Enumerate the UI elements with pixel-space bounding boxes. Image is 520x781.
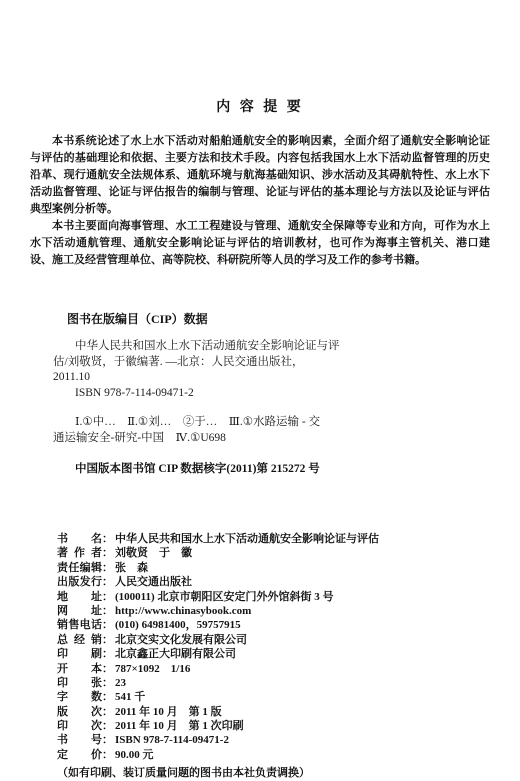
- field-label: 书名: [57, 532, 102, 546]
- field-colon: ：: [102, 676, 113, 690]
- cip-record-line-3: 2011.10: [53, 370, 490, 386]
- field-colon: ：: [102, 546, 113, 560]
- cip-classification: Ⅰ.①中… Ⅱ.①刘… ②于… Ⅲ.①水路运输 - 交 通运输安全-研究-中国 …: [53, 415, 490, 446]
- field-label: 开本: [57, 662, 102, 676]
- colophon-row-impression: 印次：2011 年 10 月 第 1 次印刷: [57, 719, 490, 733]
- cip-section: 图书在版编目（CIP）数据 中华人民共和国水上水下活动通航安全影响论证与评 估/…: [30, 310, 490, 476]
- website-url: http://www.chinasybook.com: [113, 605, 251, 617]
- field-label: 书号: [57, 733, 102, 747]
- cip-record-line-1: 中华人民共和国水上水下活动通航安全影响论证与评: [53, 339, 490, 355]
- field-label: 出版发行: [57, 575, 102, 589]
- field-label: 著作者: [57, 546, 102, 560]
- field-value: 541 千: [113, 691, 145, 703]
- field-label: 网址: [57, 604, 102, 618]
- cip-registry-number: 中国版本图书馆 CIP 数据核字(2011)第 215272 号: [75, 460, 490, 476]
- field-value: 23: [113, 677, 126, 689]
- field-value: (100011) 北京市朝阳区安定门外外馆斜街 3 号: [113, 591, 333, 603]
- colophon-row-edition: 版次：2011 年 10 月 第 1 版: [57, 705, 490, 719]
- summary-paragraph-1: 本书系统论述了水上水下活动对船舶通航安全的影响因素，全面介绍了通航安全影响论证与…: [30, 133, 490, 218]
- field-colon: ：: [102, 733, 113, 747]
- field-colon: ：: [102, 748, 113, 762]
- quality-exchange-note: （如有印刷、装订质量问题的图书由本社负责调换）: [57, 764, 520, 780]
- field-label: 责任编辑: [57, 561, 102, 575]
- cip-classification-line-2: 通运输安全-研究-中国 Ⅳ.①U698: [53, 431, 490, 447]
- field-label: 总经销: [57, 633, 102, 647]
- summary-paragraph-2: 本书主要面向海事管理、水工工程建设与管理、通航安全保障等专业和方向，可作为水上水…: [30, 218, 490, 269]
- colophon-row-word-count: 字数：541 千: [57, 690, 490, 704]
- colophon-row-authors: 著作者：刘敬贤 于 徽: [57, 546, 490, 560]
- field-label: 印刷: [57, 647, 102, 661]
- field-value: 张 森: [113, 562, 148, 574]
- field-colon: ：: [102, 532, 113, 546]
- cip-classification-line-1: Ⅰ.①中… Ⅱ.①刘… ②于… Ⅲ.①水路运输 - 交: [53, 415, 490, 431]
- field-label: 销售电话: [57, 618, 102, 632]
- colophon-row-sales-phone: 销售电话：(010) 64981400，59757915: [57, 618, 490, 632]
- colophon-row-editor: 责任编辑：张 森: [57, 561, 490, 575]
- colophon-row-distributor: 总经销：北京交实文化发展有限公司: [57, 633, 490, 647]
- field-colon: ：: [102, 719, 113, 733]
- field-colon: ：: [102, 705, 113, 719]
- colophon-row-printer: 印刷：北京鑫正大印刷有限公司: [57, 647, 490, 661]
- field-colon: ：: [102, 575, 113, 589]
- colophon-row-sheets: 印张：23: [57, 676, 490, 690]
- colophon-section: 书名：中华人民共和国水上水下活动通航安全影响论证与评估 著作者：刘敬贤 于 徽 …: [57, 532, 490, 762]
- field-label: 字数: [57, 690, 102, 704]
- cip-record: 中华人民共和国水上水下活动通航安全影响论证与评 估/刘敬贤，于徽编著. —北京：…: [53, 339, 490, 401]
- field-value: 90.00 元: [113, 749, 154, 761]
- field-value: 2011 年 10 月 第 1 版: [113, 706, 222, 718]
- field-colon: ：: [102, 633, 113, 647]
- field-label: 定价: [57, 748, 102, 762]
- colophon-row-website: 网址：http://www.chinasybook.com: [57, 604, 490, 618]
- field-colon: ：: [102, 590, 113, 604]
- cip-record-line-4: ISBN 978-7-114-09471-2: [53, 386, 490, 402]
- colophon-row-isbn: 书号：ISBN 978-7-114-09471-2: [57, 733, 490, 747]
- field-colon: ：: [102, 662, 113, 676]
- field-value: ISBN 978-7-114-09471-2: [113, 734, 229, 746]
- colophon-row-address: 地址：(100011) 北京市朝阳区安定门外外馆斜街 3 号: [57, 590, 490, 604]
- summary-section: 本书系统论述了水上水下活动对船舶通航安全的影响因素，全面介绍了通航安全影响论证与…: [30, 133, 490, 269]
- field-colon: ：: [102, 647, 113, 661]
- summary-title: 内 容 提 要: [0, 0, 520, 116]
- field-colon: ：: [102, 690, 113, 704]
- field-label: 印次: [57, 719, 102, 733]
- colophon-row-price: 定价：90.00 元: [57, 748, 490, 762]
- field-colon: ：: [102, 618, 113, 632]
- field-value: 刘敬贤 于 徽: [113, 547, 192, 559]
- cip-record-line-2: 估/刘敬贤，于徽编著. —北京：人民交通出版社，: [53, 355, 490, 371]
- field-value: (010) 64981400，59757915: [113, 619, 241, 631]
- field-colon: ：: [102, 604, 113, 618]
- field-label: 印张: [57, 676, 102, 690]
- colophon-row-title: 书名：中华人民共和国水上水下活动通航安全影响论证与评估: [57, 532, 490, 546]
- field-value: 北京鑫正大印刷有限公司: [113, 648, 236, 660]
- field-value: 中华人民共和国水上水下活动通航安全影响论证与评估: [113, 533, 379, 545]
- colophon-row-format: 开本：787×1092 1/16: [57, 662, 490, 676]
- field-label: 版次: [57, 705, 102, 719]
- field-value: 北京交实文化发展有限公司: [113, 634, 247, 646]
- cip-header: 图书在版编目（CIP）数据: [67, 310, 490, 327]
- book-copyright-page: 内 容 提 要 本书系统论述了水上水下活动对船舶通航安全的影响因素，全面介绍了通…: [0, 0, 520, 781]
- field-value: 2011 年 10 月 第 1 次印刷: [113, 720, 244, 732]
- field-colon: ：: [102, 561, 113, 575]
- field-value: 人民交通出版社: [113, 576, 192, 588]
- field-value: 787×1092 1/16: [113, 663, 190, 675]
- field-label: 地址: [57, 590, 102, 604]
- colophon-row-publisher: 出版发行：人民交通出版社: [57, 575, 490, 589]
